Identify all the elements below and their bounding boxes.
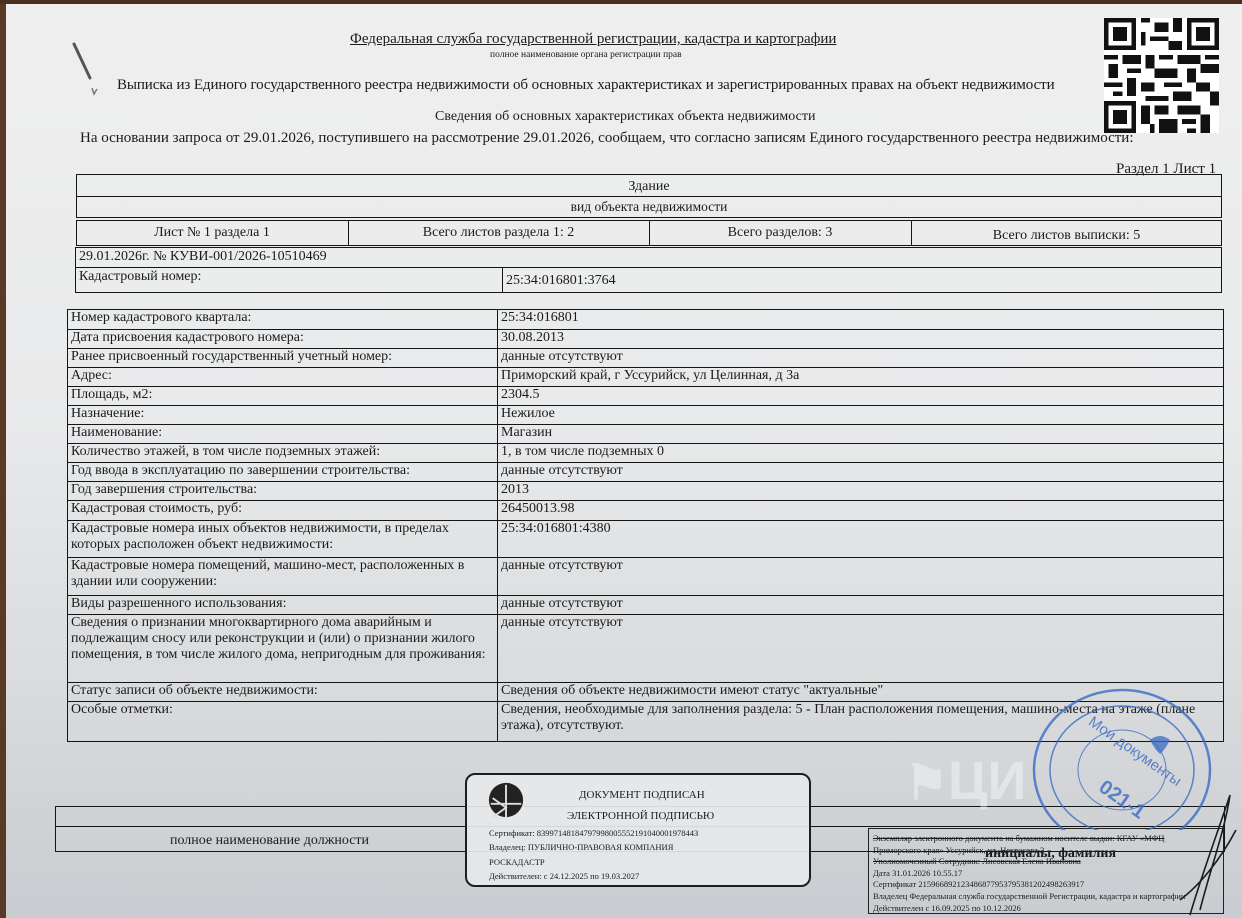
sections-total: Всего разделов: 3 — [649, 225, 911, 241]
object-type-caption: вид объекта недвижимости — [76, 199, 1222, 215]
signature-owner: Владелец: ПУБЛИЧНО-ПРАВОВАЯ КОМПАНИЯ — [489, 842, 673, 852]
row-label: Количество этажей, в том числе подземных… — [68, 444, 498, 463]
svg-text:021-1: 021-1 — [1095, 776, 1150, 823]
table-row: Год ввода в эксплуатацию по завершении с… — [68, 463, 1224, 482]
watermark: ⚑ЦИ — [905, 750, 1026, 812]
row-label: Ранее присвоенный государственный учетны… — [68, 349, 498, 368]
row-value: 26450013.98 — [498, 501, 1224, 521]
signature-certificate: Сертификат: 8399714818479799800555219104… — [489, 828, 698, 838]
copy-certificate: Сертификат 21596689212348687795379538120… — [873, 879, 1219, 891]
record-date-number: 29.01.2026г. № КУВИ-001/2026-10510469 — [79, 249, 327, 265]
row-label: Кадастровые номера иных объектов недвижи… — [68, 521, 498, 558]
table-row: Количество этажей, в том числе подземных… — [68, 444, 1224, 463]
signed-line2: ЭЛЕКТРОННОЙ ПОДПИСЬЮ — [567, 810, 714, 822]
document-title: Выписка из Единого государственного реес… — [117, 77, 1055, 94]
row-label: Особые отметки: — [68, 702, 498, 742]
e-signature-block: ДОКУМЕНТ ПОДПИСАН ЭЛЕКТРОННОЙ ПОДПИСЬЮ С… — [465, 773, 811, 887]
row-value: данные отсутствуют — [498, 596, 1224, 615]
cadastral-number-value: 25:34:016801:3764 — [506, 273, 616, 289]
divider — [502, 267, 503, 293]
row-label: Год ввода в эксплуатацию по завершении с… — [68, 463, 498, 482]
row-label: Площадь, м2: — [68, 387, 498, 406]
table-row: Дата присвоения кадастрового номера:30.0… — [68, 330, 1224, 349]
row-label: Наименование: — [68, 425, 498, 444]
row-value: 25:34:016801 — [498, 310, 1224, 330]
position-caption: полное наименование должности — [170, 833, 369, 849]
row-label: Статус записи об объекте недвижимости: — [68, 683, 498, 702]
row-label: Назначение: — [68, 406, 498, 425]
object-type: Здание — [76, 179, 1222, 195]
pen-mark-icon — [70, 40, 100, 98]
table-row: Ранее присвоенный государственный учетны… — [68, 349, 1224, 368]
row-label: Кадастровая стоимость, руб: — [68, 501, 498, 521]
row-label: Адрес: — [68, 368, 498, 387]
svg-text:Мои документы: Мои документы — [1085, 713, 1184, 790]
row-value: 2013 — [498, 482, 1224, 501]
row-value: данные отсутствуют — [498, 463, 1224, 482]
copy-line2: Приморского края» Уссурийск, ул. Некрасо… — [873, 845, 1219, 857]
signature-owner-org: РОСКАДАСТР — [489, 857, 545, 867]
table-row: Площадь, м2:2304.5 — [68, 387, 1224, 406]
copy-date: Дата 31.01.2026 10.55.17 — [873, 868, 1219, 880]
divider — [75, 267, 1222, 268]
row-label: Год завершения строительства: — [68, 482, 498, 501]
row-label: Дата присвоения кадастрового номера: — [68, 330, 498, 349]
desk-edge — [0, 0, 6, 918]
agency-name: Федеральная служба государственной регис… — [350, 31, 836, 48]
table-row: Виды разрешенного использования:данные о… — [68, 596, 1224, 615]
row-value: данные отсутствуют — [498, 349, 1224, 368]
table-row: Наименование:Магазин — [68, 425, 1224, 444]
section-sheets-total: Всего листов раздела 1: 2 — [348, 225, 649, 241]
copy-line1: Экземпляр электронного документа на бума… — [873, 833, 1219, 845]
rosreestr-logo-icon — [487, 781, 525, 819]
table-row: Сведения о признании многоквартирного до… — [68, 615, 1224, 683]
row-value: данные отсутствуют — [498, 558, 1224, 596]
row-label: Кадастровые номера помещений, машино-мес… — [68, 558, 498, 596]
watermark-text: ЦИ — [948, 751, 1026, 811]
request-basis: На основании запроса от 29.01.2026, пост… — [80, 130, 1134, 147]
desk-edge-top — [0, 0, 1242, 4]
copy-validity: Действителен с 16.09.2025 по 10.12.2026 — [873, 903, 1219, 915]
sheet-number: Лист № 1 раздела 1 — [76, 225, 348, 241]
row-label: Сведения о признании многоквартирного до… — [68, 615, 498, 683]
table-row: Назначение:Нежилое — [68, 406, 1224, 425]
agency-caption: полное наименование органа регистрации п… — [490, 50, 682, 60]
row-value: 2304.5 — [498, 387, 1224, 406]
row-label: Виды разрешенного использования: — [68, 596, 498, 615]
table-row: Адрес:Приморский край, г Уссурийск, ул Ц… — [68, 368, 1224, 387]
extract-sheets-total: Всего листов выписки: 5 — [911, 228, 1222, 244]
row-value: Магазин — [498, 425, 1224, 444]
copy-employee: Уполномоченный Сотрудник: Лисовская Елен… — [873, 856, 1219, 868]
handwritten-signature-icon — [1170, 790, 1242, 918]
cadastral-number-label: Кадастровый номер: — [79, 269, 201, 285]
row-value: данные отсутствуют — [498, 615, 1224, 683]
row-value: 25:34:016801:4380 — [498, 521, 1224, 558]
table-row: Кадастровые номера помещений, машино-мес… — [68, 558, 1224, 596]
table-row: Год завершения строительства:2013 — [68, 482, 1224, 501]
row-value: 1, в том числе подземных 0 — [498, 444, 1224, 463]
table-row: Кадастровая стоимость, руб:26450013.98 — [68, 501, 1224, 521]
copy-owner: Владелец Федеральная служба государствен… — [873, 891, 1219, 903]
table-row: Номер кадастрового квартала:25:34:016801 — [68, 310, 1224, 330]
row-value: 30.08.2013 — [498, 330, 1224, 349]
signature-validity: Действителен: с 24.12.2025 по 19.03.2027 — [489, 871, 639, 881]
table-row: Кадастровые номера иных объектов недвижи… — [68, 521, 1224, 558]
characteristics-table: Номер кадастрового квартала:25:34:016801… — [67, 309, 1224, 742]
row-value: Приморский край, г Уссурийск, ул Целинна… — [498, 368, 1224, 387]
signed-line1: ДОКУМЕНТ ПОДПИСАН — [579, 789, 705, 801]
qr-code-icon — [1104, 18, 1219, 133]
document-subtitle: Сведения об основных характеристиках объ… — [435, 109, 815, 125]
row-label: Номер кадастрового квартала: — [68, 310, 498, 330]
divider — [76, 196, 1222, 197]
row-value: Нежилое — [498, 406, 1224, 425]
